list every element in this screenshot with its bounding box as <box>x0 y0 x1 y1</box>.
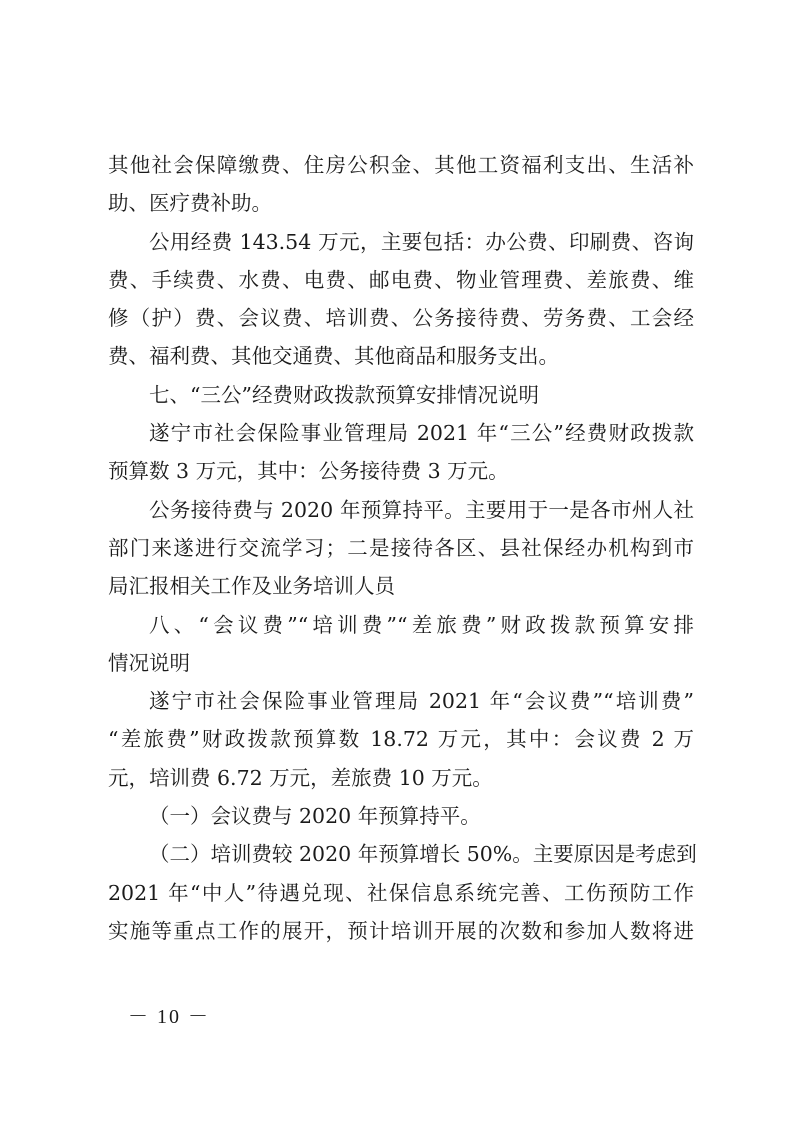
text-line: 实施等重点工作的展开，预计培训开展的次数和参加人数将进 <box>108 912 694 950</box>
text-line: 助、医疗费补助。 <box>108 184 694 222</box>
text-line: 费、手续费、水费、电费、邮电费、物业管理费、差旅费、维 <box>108 261 694 299</box>
text-line: 费、福利费、其他交通费、其他商品和服务支出。 <box>108 337 694 375</box>
paragraph-meeting-fee: （一）会议费与 2020 年预算持平。 <box>108 797 694 835</box>
text-line: 修（护）费、会议费、培训费、公务接待费、劳务费、工会经 <box>108 299 694 337</box>
paragraph-meeting-training-travel: 遂宁市社会保险事业管理局 2021 年“会议费”“培训费” <box>108 682 694 720</box>
section-heading-eight: 八、“会议费”“培训费”“差旅费”财政拨款预算安排 <box>108 606 694 644</box>
page-number: － 10 － <box>128 1000 210 1029</box>
text-line: “差旅费”财政拨款预算数 18.72 万元，其中：会议费 2 万 <box>108 720 694 758</box>
paragraph-three-public: 遂宁市社会保险事业管理局 2021 年“三公”经费财政拨款 <box>108 414 694 452</box>
text-line: 元，培训费 6.72 万元，差旅费 10 万元。 <box>108 759 694 797</box>
text-line: 预算数 3 万元，其中：公务接待费 3 万元。 <box>108 452 694 490</box>
text-line: 其他社会保障缴费、住房公积金、其他工资福利支出、生活补 <box>108 146 694 184</box>
document-body: 其他社会保障缴费、住房公积金、其他工资福利支出、生活补 助、医疗费补助。 公用经… <box>108 146 694 950</box>
paragraph-public-expenses: 公用经费 143.54 万元，主要包括：办公费、印刷费、咨询 <box>108 223 694 261</box>
paragraph-reception: 公务接待费与 2020 年预算持平。主要用于一是各市州人社 <box>108 491 694 529</box>
section-heading-seven: 七、“三公”经费财政拨款预算安排情况说明 <box>108 376 694 414</box>
paragraph-training-fee: （二）培训费较 2020 年预算增长 50%。主要原因是考虑到 <box>108 835 694 873</box>
text-line: 情况说明 <box>108 644 694 682</box>
text-line: 部门来遂进行交流学习；二是接待各区、县社保经办机构到市 <box>108 529 694 567</box>
text-line: 2021 年“中人”待遇兑现、社保信息系统完善、工伤预防工作 <box>108 874 694 912</box>
text-line: 局汇报相关工作及业务培训人员 <box>108 567 694 605</box>
